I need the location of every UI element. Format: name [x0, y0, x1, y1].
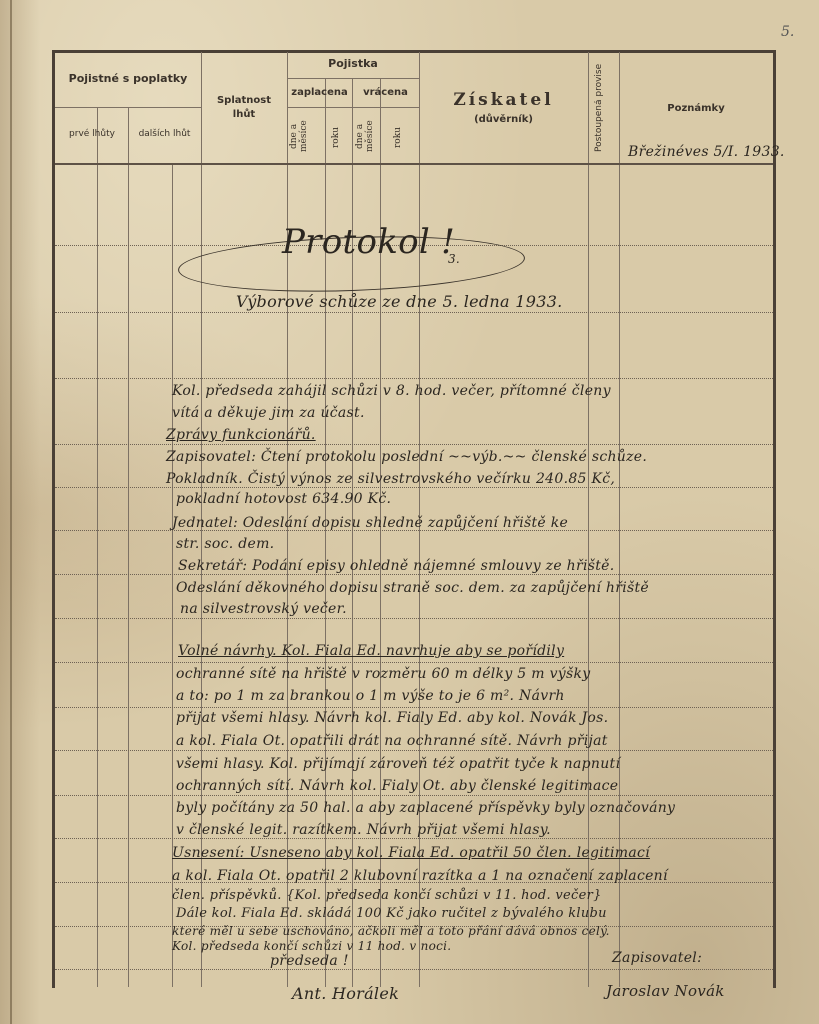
header-poznamky: Poznámky	[619, 103, 773, 114]
text-line: a to: po 1 m za brankou o 1 m výše to je…	[176, 688, 565, 704]
header-pojistne: Pojistné s poplatky	[55, 72, 201, 85]
column-divider	[97, 107, 98, 987]
text-line: na silvestrovský večer.	[180, 601, 347, 617]
header-divider	[287, 78, 419, 79]
header-zaplacena: zaplacena	[287, 87, 352, 98]
protocol-subtitle: Výborové schůze ze dne 5. ledna 1933.	[236, 292, 563, 311]
row-line	[55, 750, 773, 751]
header-dalsich-lhut: dalších lhůt	[128, 129, 201, 139]
header-duvernik: (důvěrník)	[419, 114, 588, 125]
text-line: ochranné sítě na hřiště v rozměru 60 m d…	[176, 666, 590, 682]
ledger-page: 5. Pojistné s poplatky prvé lhůty dalšíc…	[0, 0, 819, 1024]
row-line	[55, 662, 773, 663]
chairman-role: předseda !	[270, 953, 349, 969]
row-line	[55, 378, 773, 379]
protocol-number: 3.	[448, 252, 460, 266]
text-line: Kol. předseda končí schůzi v 11 hod. v n…	[172, 939, 451, 953]
header-lhut: lhůt	[201, 109, 287, 120]
header-zaplacena-roku: roku	[331, 118, 345, 158]
header-prve-lhuty: prvé lhůty	[58, 129, 126, 139]
header-pojistka: Pojistka	[287, 57, 419, 70]
header-vracena-dne: dne a měsíce	[355, 112, 377, 160]
text-line: které měl u sebe uschováno, ačkoli měl a…	[172, 924, 610, 938]
text-line: Dále kol. Fiala Ed. skládá 100 Kč jako r…	[176, 906, 607, 921]
text-line: přijat všemi hlasy. Návrh kol. Fialy Ed.…	[176, 710, 608, 726]
header-bottom-line	[55, 163, 773, 165]
text-line: Sekretář: Podání episy ohledně nájemné s…	[178, 558, 615, 574]
text-line: Zapisovatel: Čtení protokolu poslední ~~…	[166, 449, 647, 465]
text-line: a kol. Fiala Ot. opatřili drát na ochran…	[176, 733, 608, 749]
page-edge-shadow	[0, 0, 40, 1024]
place-date: Břežinéves 5/I. 1933.	[628, 144, 785, 160]
text-line: a kol. Fiala Ot. opatřil 2 klubovní razí…	[172, 868, 668, 884]
row-line	[55, 707, 773, 708]
header-ziskatel: Získatel	[419, 90, 588, 110]
header-divider	[287, 107, 419, 108]
header-divider	[55, 107, 201, 108]
text-line: člen. příspěvků. {Kol. předseda končí sc…	[172, 888, 602, 903]
row-line	[55, 795, 773, 796]
header-splatnost: Splatnost	[201, 95, 287, 106]
text-line: všemi hlasy. Kol. přijímají zároveň též …	[176, 756, 620, 772]
text-line: pokladní hotovost 634.90 Kč.	[176, 491, 391, 507]
row-line	[55, 574, 773, 575]
row-line	[55, 838, 773, 839]
protocol-title: Protokol !	[282, 222, 455, 262]
text-line: Odeslání děkovného dopisu straně soc. de…	[176, 580, 649, 596]
recorder-role: Zapisovatel:	[612, 950, 702, 966]
text-line: v členské legit. razítkem. Návrh přijat …	[176, 822, 551, 838]
recorder-signature: Jaroslav Novák	[606, 982, 725, 1000]
row-line	[55, 487, 773, 488]
text-line: ochranných sítí. Návrh kol. Fialy Ot. ab…	[176, 778, 618, 794]
column-divider	[172, 165, 173, 987]
row-line	[55, 312, 773, 313]
binding-line	[10, 0, 12, 1024]
row-line	[55, 618, 773, 619]
header-zaplacena-dne: dne a měsíce	[289, 112, 311, 160]
page-number: 5.	[781, 24, 794, 40]
header-postoupena-provise: Postoupená provise	[594, 58, 614, 158]
section-heading: Volné návrhy. Kol. Fiala Ed. navrhuje ab…	[178, 643, 564, 659]
text-line: byly počítány za 50 hal. a aby zaplacené…	[176, 800, 675, 816]
text-line: vítá a děkuje jim za účast.	[172, 405, 365, 421]
section-heading: Zprávy funkcionářů.	[166, 427, 316, 443]
text-line: Pokladník. Čistý výnos ze silvestrovskéh…	[166, 471, 615, 487]
text-line: str. soc. dem.	[176, 536, 274, 552]
header-vracena-roku: roku	[393, 118, 407, 158]
row-line	[55, 444, 773, 445]
header-vracena: vrácena	[352, 87, 419, 98]
column-divider	[128, 107, 129, 987]
text-line: Kol. předseda zahájil schůzi v 8. hod. v…	[172, 383, 611, 399]
text-line: Jednatel: Odeslání dopisu shledně zapůjč…	[172, 515, 568, 531]
row-line	[55, 969, 773, 970]
resolution-line: Usnesení: Usneseno aby kol. Fiala Ed. op…	[172, 845, 650, 861]
chairman-signature: Ant. Horálek	[292, 984, 399, 1003]
